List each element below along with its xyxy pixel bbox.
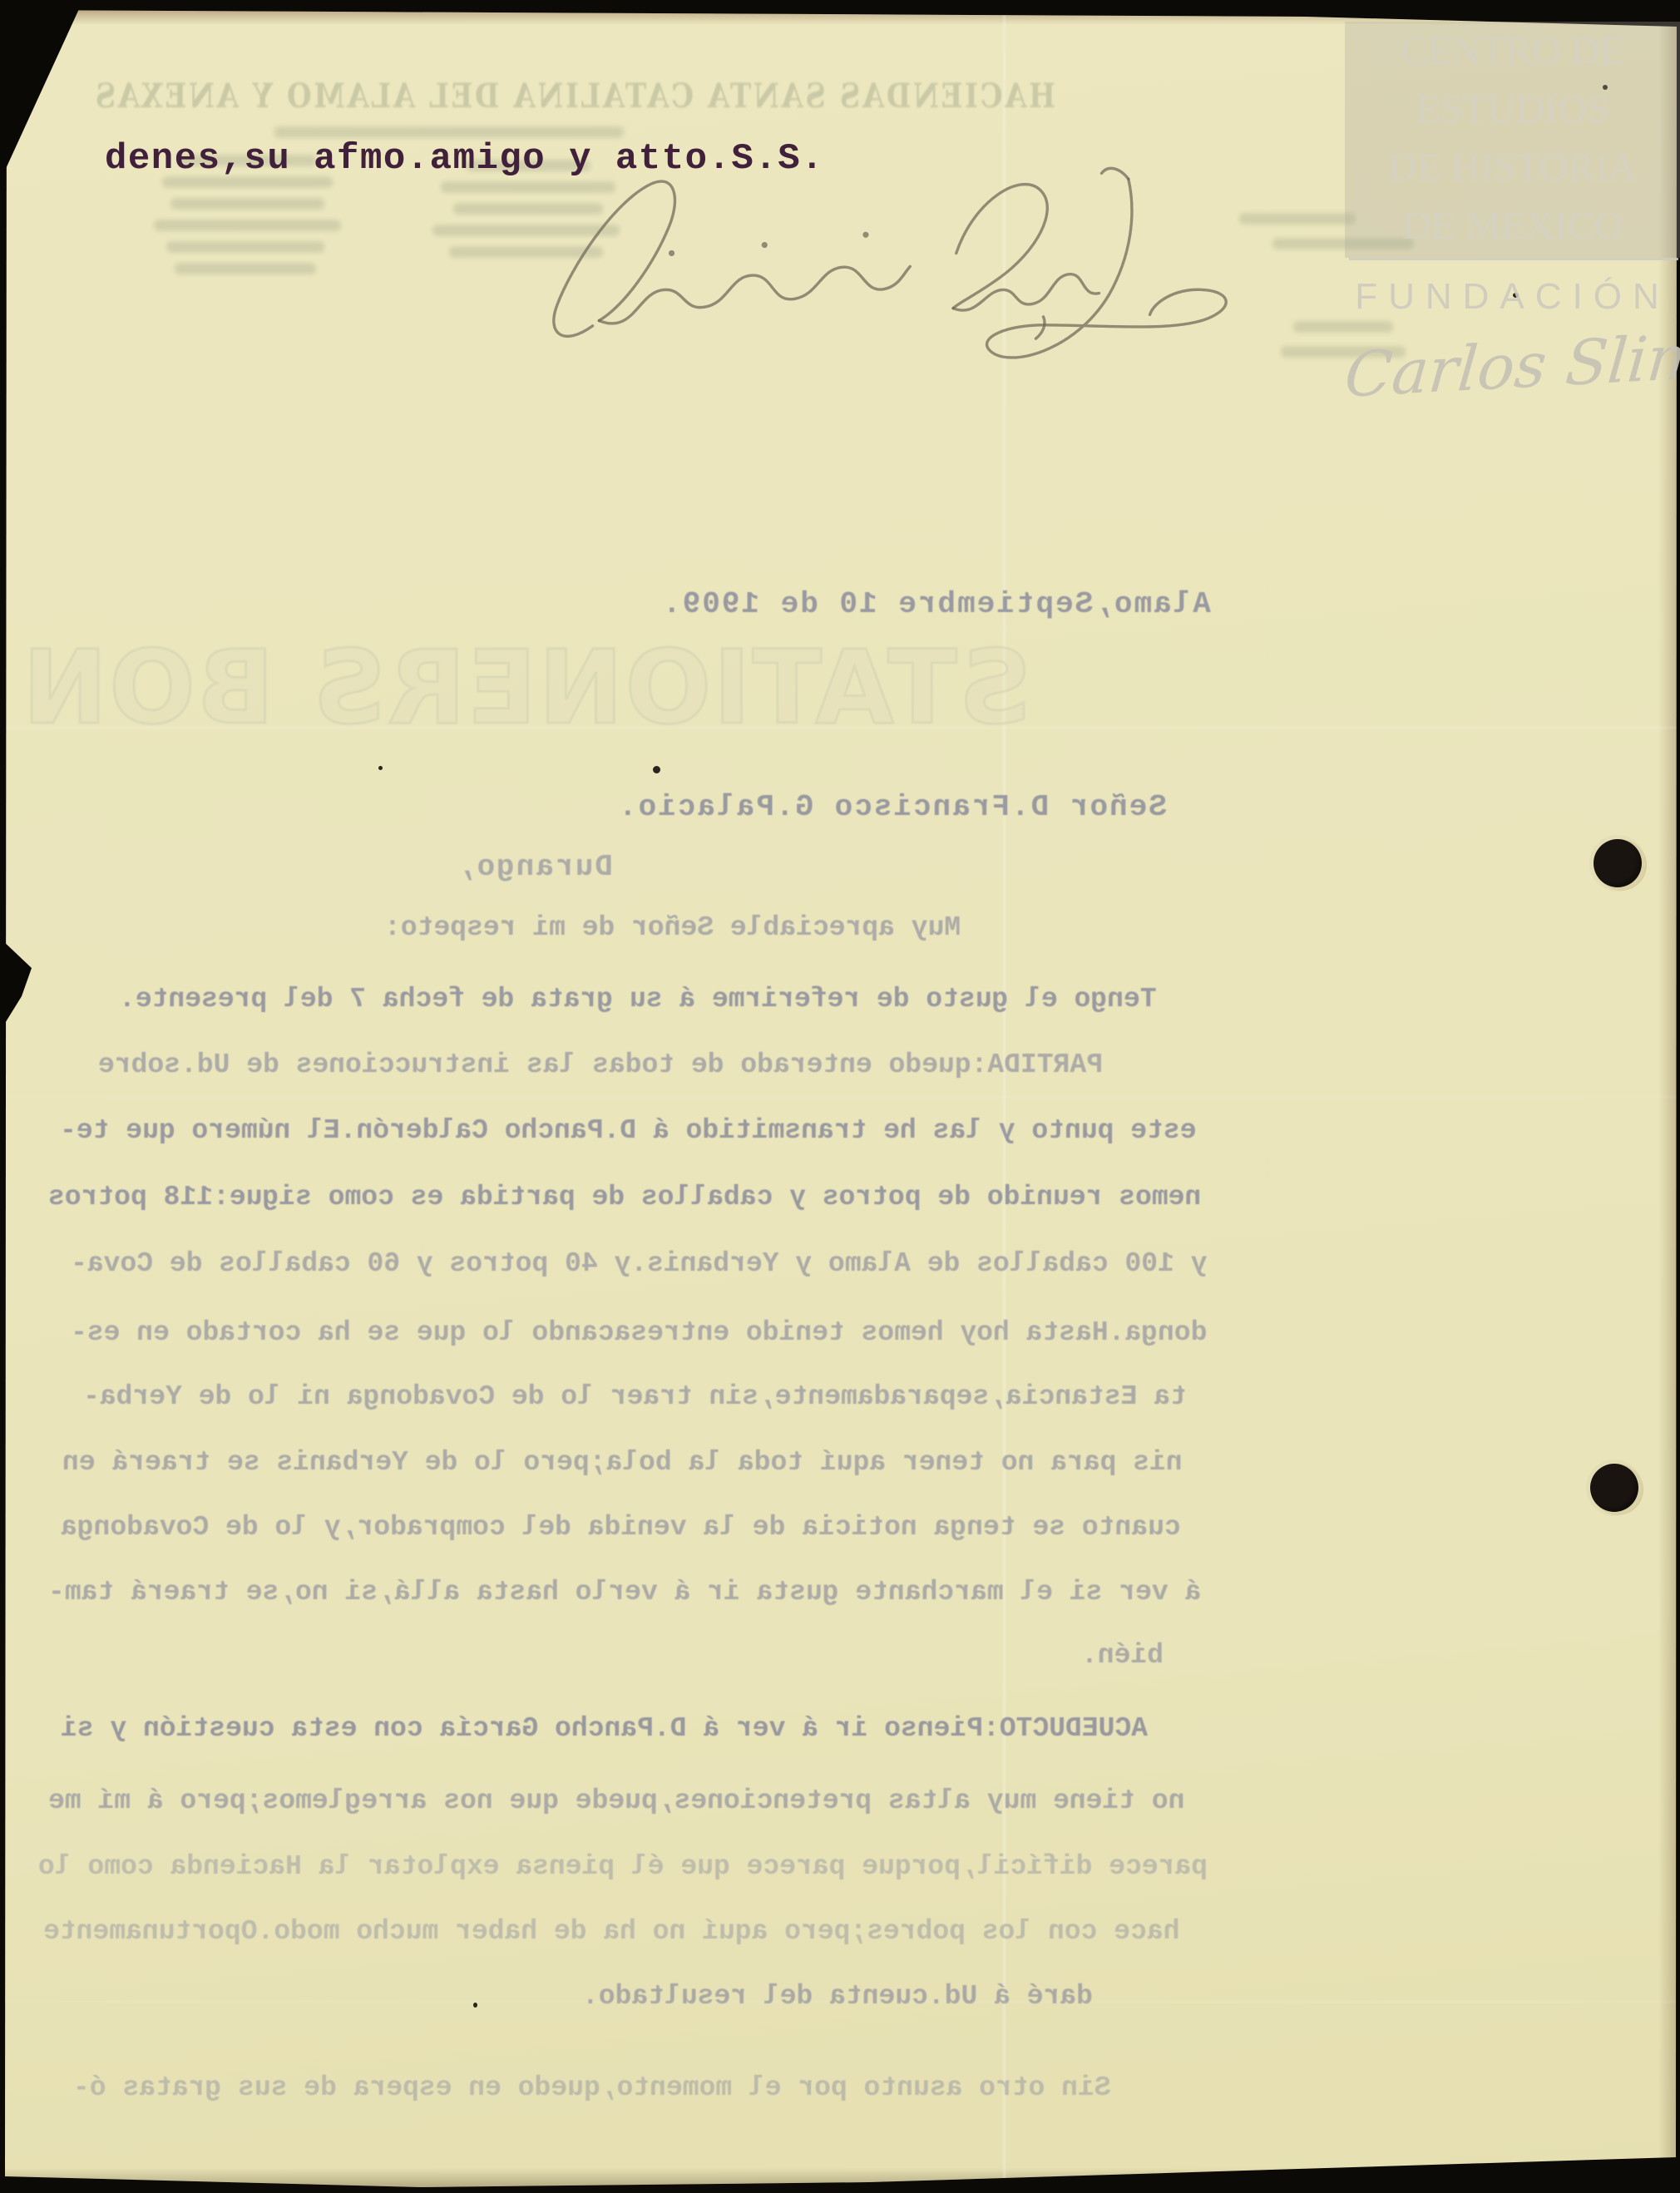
bleedthrough-body-line: nis para no tener aquí toda la bola;pero… bbox=[62, 1447, 1183, 1478]
bleedthrough-body-line: hace con los pobres;pero aquí no ha de h… bbox=[43, 1916, 1179, 1947]
bleedthrough-body-line: ACUEDUCTO:Pienso ir á ver á D.Pancho Gar… bbox=[61, 1713, 1148, 1744]
bleedthrough-recipient-city: Durango, bbox=[456, 850, 613, 884]
ink-speck bbox=[378, 766, 383, 770]
archive-watermark-divider bbox=[1349, 258, 1678, 260]
bleedthrough-letterhead-title: HACIENDAS SANTA CATALINA DEL ALAMO Y ANE… bbox=[93, 77, 1055, 116]
bleedthrough-body-line: bién. bbox=[1081, 1640, 1164, 1671]
archive-watermark-line: CENTRO DE bbox=[1345, 28, 1680, 74]
archive-watermark: CENTRO DE ESTUDIOS DE HISTORIA DE MEXICO… bbox=[1345, 22, 1680, 437]
signature-strokes bbox=[487, 126, 1260, 394]
bleedthrough-letterhead-fragment bbox=[175, 263, 316, 274]
bleedthrough-body-line: donga.Hasta hoy hemos tenido entresacand… bbox=[71, 1317, 1207, 1348]
handwritten-signature: Dionisio Salas,H. bbox=[487, 126, 1260, 394]
bleedthrough-body-line: cuanto se tenga noticia de la venida del… bbox=[61, 1512, 1181, 1543]
bleedthrough-letterhead-fragment bbox=[1239, 213, 1356, 225]
bleedthrough-body-line: nemos reunido de potros y caballos de pa… bbox=[48, 1182, 1201, 1213]
bleedthrough-letterhead-fragment bbox=[166, 241, 324, 253]
ink-speck bbox=[653, 766, 660, 773]
bleedthrough-letterhead-fragment bbox=[170, 198, 324, 210]
archive-watermark-line: DE MEXICO bbox=[1345, 203, 1680, 249]
bleedthrough-body-line: este punto y las he transmitido á D.Panc… bbox=[60, 1115, 1196, 1146]
punch-hole-bottom bbox=[1590, 1464, 1638, 1512]
bleedthrough-body-line: Sin otro asunto por el momento,quedo en … bbox=[73, 2072, 1111, 2103]
bleedthrough-body-line: y 100 caballos de Alamo y Yerbanis.y 40 … bbox=[71, 1248, 1207, 1279]
scan-background: HACIENDAS SANTA CATALINA DEL ALAMO Y ANE… bbox=[0, 0, 1680, 2193]
bleedthrough-body-line: ta Estancia,separadamente,sin traer lo d… bbox=[83, 1381, 1187, 1412]
bleedthrough-recipient: Señor D.Francisco G.Palacio. bbox=[617, 790, 1167, 824]
bleedthrough-body-line: parece difícil,porque parece que él pien… bbox=[38, 1851, 1208, 1882]
paper-bottom-edge-shadow bbox=[0, 2168, 1680, 2193]
bleedthrough-letterhead-fragment bbox=[154, 220, 341, 231]
horizontal-fold-crease-2 bbox=[0, 1096, 1680, 1098]
bleedthrough-body-line: Tengo el gusto de referirme á su grata d… bbox=[119, 984, 1157, 1015]
paper-brand-watermark: STATIONERS BON bbox=[21, 629, 1031, 747]
bleedthrough-dateline: Alamo,Septiembre 10 de 1909. bbox=[661, 587, 1211, 621]
archive-watermark-founder-signature: Carlos Slim bbox=[1342, 322, 1680, 412]
archive-watermark-line: DE HISTORIA bbox=[1345, 145, 1680, 190]
bleedthrough-body-line: daré á Ud.cuenta del resultado. bbox=[582, 1981, 1093, 2012]
archive-watermark-foundation: FUNDACIÓN bbox=[1345, 276, 1680, 318]
bleedthrough-body-line: no tiene muy altas pretenciones,puede qu… bbox=[48, 1786, 1184, 1816]
bleedthrough-body-line: á ver si el marchante gusta ir á verlo h… bbox=[48, 1577, 1201, 1608]
punch-hole-top bbox=[1594, 839, 1642, 887]
bleedthrough-body-line: PARTIDA:quedo enterado de todas las inst… bbox=[98, 1050, 1103, 1080]
archive-watermark-line: ESTUDIOS bbox=[1345, 86, 1680, 132]
ink-speck bbox=[473, 2003, 477, 2008]
bleedthrough-salutation: Muy apreciable Señor de mi respeto: bbox=[384, 912, 961, 943]
bleedthrough-letterhead-fragment bbox=[274, 126, 624, 138]
